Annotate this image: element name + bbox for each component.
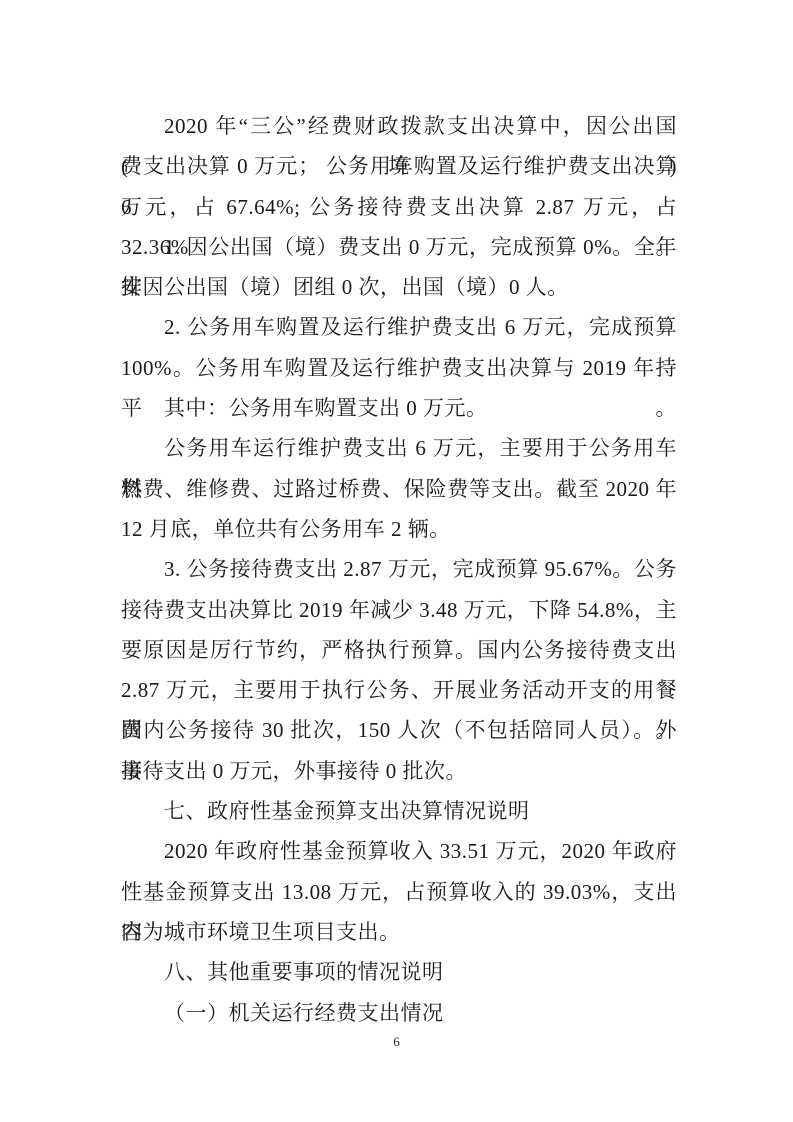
text-line: 2. 公务用车购置及运行维护费支出 6 万元，完成预算 — [121, 307, 677, 347]
text-line: 万元，占 67.64%; 公务接待费支出决算 2.87 万元，占 32.36%。 — [121, 187, 677, 227]
text-line: 接待支出 0 万元，外事接待 0 批次。 — [121, 751, 677, 791]
page-number: 6 — [0, 1034, 793, 1050]
text-line: 12 月底，单位共有公务用车 2 辆。 — [121, 509, 677, 549]
text-line: 2020 年政府性基金预算收入 33.51 万元，2020 年政府 — [121, 831, 677, 871]
document-body: 2020 年“三公”经费财政拨款支出决算中，因公出国(境) 费支出决算 0 万元… — [121, 106, 677, 1033]
text-line: 容为城市环境卫生项目支出。 — [121, 912, 677, 952]
text-line: 3. 公务接待费支出 2.87 万元，完成预算 95.67%。公务 — [121, 549, 677, 589]
subsection-heading: （一）机关运行经费支出情况 — [121, 993, 677, 1033]
section-heading: 八、其他重要事项的情况说明 — [121, 952, 677, 992]
text-line: 料费、维修费、过路过桥费、保险费等支出。截至 2020 年 — [121, 469, 677, 509]
text-line: 性基金预算支出 13.08 万元，占预算收入的 39.03%，支出内 — [121, 872, 677, 912]
text-line: 要原因是厉行节约，严格执行预算。国内公务接待费支出 — [121, 630, 677, 670]
text-line: 接待费支出决算比 2019 年减少 3.48 万元，下降 54.8%，主 — [121, 590, 677, 630]
text-line: 费支出决算 0 万元； 公务用车购置及运行维护费支出决算 6 — [121, 146, 677, 186]
text-line: 2.87 万元，主要用于执行公务、开展业务活动开支的用餐费。 — [121, 670, 677, 710]
text-line: 1. 因公出国（境）费支出 0 万元，完成预算 0%。全年安 — [121, 227, 677, 267]
section-heading: 七、政府性基金预算支出决算情况说明 — [121, 791, 677, 831]
document-page: 2020 年“三公”经费财政拨款支出决算中，因公出国(境) 费支出决算 0 万元… — [0, 0, 793, 1122]
text-line: 排因公出国（境）团组 0 次，出国（境）0 人。 — [121, 267, 677, 307]
text-line: 2020 年“三公”经费财政拨款支出决算中，因公出国(境) — [121, 106, 677, 146]
text-line: 100%。公务用车购置及运行维护费支出决算与 2019 年持平。 — [121, 348, 677, 388]
text-line: 公务用车运行维护费支出 6 万元，主要用于公务用车燃 — [121, 428, 677, 468]
text-line: 国内公务接待 30 批次，150 人次（不包括陪同人员）。外事 — [121, 710, 677, 750]
